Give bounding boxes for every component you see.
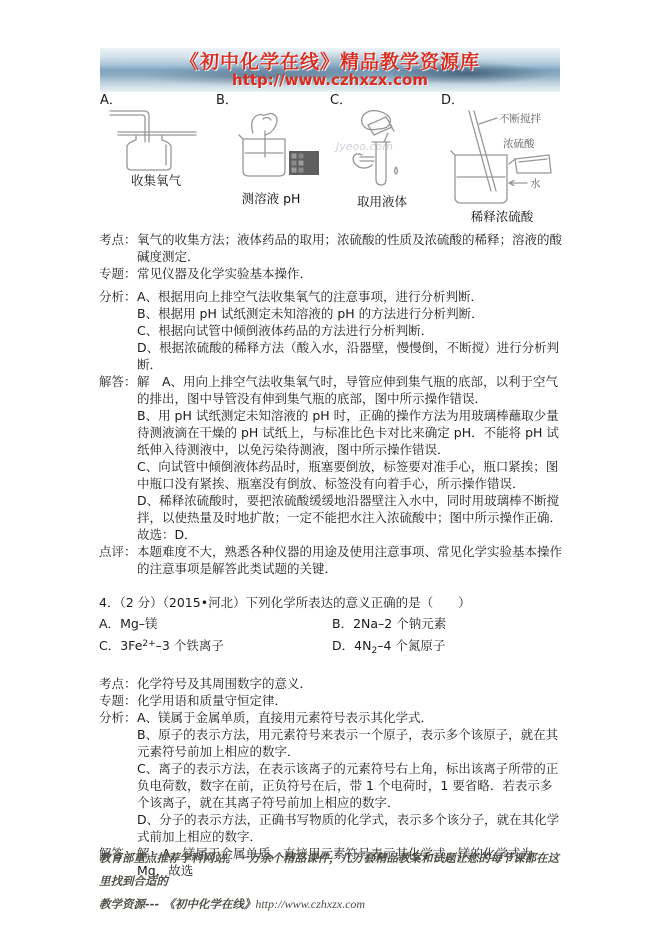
option-d: D． 不断搅拌 浓硫酸 水 稀释浓硫酸 [441, 93, 563, 224]
q4-option-d-label: D． [332, 638, 354, 653]
acid-annotation: 浓硫酸 [503, 137, 535, 150]
q4-option-b-label: B． [332, 616, 353, 631]
option-b-label: B． [216, 93, 326, 108]
option-b-caption: 测溶液 pH [216, 191, 326, 206]
qa2-fenxi-b: B、原子的表示方法，用元素符号来表示一个原子，表示多个该原子，就在其元素符号前加… [137, 726, 562, 760]
qa1-zhuanti-row: 专题： 常见仪器及化学实验基本操作． [99, 265, 562, 282]
q4-option-c: C．3Fe2+–3 个铁离子 [99, 636, 332, 658]
qa2-zhuanti-row: 专题： 化学用语和质量守恒定律． [99, 692, 562, 709]
footer-line2: 教学资源--- 《初中化学在线》 [99, 897, 255, 911]
answer-analysis-content: 考点： 氧气的收集方法；液体药品的取用；浓硫酸的性质及浓硫酸的稀释；溶液的酸碱度… [99, 231, 562, 879]
document-page: 《初中化学在线》精品教学资源库 http://www.czhxzx.com Jy… [0, 0, 661, 935]
qa1-fenxi-a: A、根据用向上排空气法收集氧气的注意事项，进行分析判断． [137, 288, 562, 305]
stir-annotation: 不断搅拌 [499, 112, 541, 125]
q4-option-a-formula: Mg [120, 616, 139, 631]
water-annotation: 水 [530, 177, 541, 190]
fenxi-label: 分析： [99, 709, 137, 726]
q4-option-a: A．Mg–镁 [99, 614, 332, 636]
qa1-zhuanti-text: 常见仪器及化学实验基本操作． [137, 265, 562, 282]
kaodian-label: 考点： [99, 675, 137, 692]
option-c-caption: 取用液体 [330, 194, 434, 209]
qa1-kaodian-text: 氧气的收集方法；液体药品的取用；浓硫酸的性质及浓硫酸的稀释；溶液的酸碱度测定． [137, 231, 562, 265]
q4-option-c-label: C． [99, 638, 120, 653]
zhuanti-label: 专题： [99, 265, 137, 282]
qa2-fenxi-row: 分析： A、镁属于金属单质，直接用元素符号表示其化学式． B、原子的表示方法，用… [99, 709, 562, 845]
qa1-jieda-d: D、稀释浓硫酸时，要把浓硫酸缓缓地沿器壁注入水中，同时用玻璃棒不断搅拌，以使热量… [137, 492, 562, 526]
q4-option-c-text: –3 个铁离子 [156, 638, 224, 653]
qa2-kaodian-text: 化学符号及其周围数字的意义． [137, 675, 562, 692]
dianping-label: 点评： [99, 543, 137, 560]
option-a: A． 收集氧气 [100, 93, 212, 188]
zhuanti-label: 专题： [99, 692, 137, 709]
qa1-fenxi-c: C、根据向试管中倾倒液体药品的方法进行分析判断． [137, 322, 562, 339]
ph-test-icon [216, 109, 326, 191]
question-4-options: A．Mg–镁 B．2Na–2 个钠元素 C．3Fe2+–3 个铁离子 D．4N2… [99, 614, 562, 658]
qa1-fenxi-b: B、根据用 pH 试纸测定未知溶液的 pH 的方法进行分析判断． [137, 305, 562, 322]
page-footer: 教育部重点推荐学科网站。一万余个精品课件，几万套精品教案和试题让您的每节课都在这… [99, 847, 565, 916]
q4-option-d-text: –4 个氮原子 [377, 638, 445, 653]
q4-option-d: D．4N2–4 个氮原子 [332, 636, 562, 658]
qa1-fenxi-d: D、根据浓硫酸的稀释方法（酸入水，沿器壁，慢慢倒，不断搅）进行分析判断． [137, 339, 562, 373]
pour-liquid-icon [330, 109, 434, 194]
qa2-kaodian-row: 考点： 化学符号及其周围数字的意义． [99, 675, 562, 692]
q4-option-c-formula: 3Fe [120, 638, 142, 653]
gas-jar-icon [100, 109, 212, 173]
qa1-fenxi-row: 分析： A、根据用向上排空气法收集氧气的注意事项，进行分析判断． B、根据用 p… [99, 288, 562, 373]
qa1-jieda-c: C、向试管中倾倒液体药品时，瓶塞要倒放，标签要对准手心，瓶口紧挨；图中瓶口没有紧… [137, 458, 562, 492]
fenxi-label: 分析： [99, 288, 137, 305]
qa1-kaodian-row: 考点： 氧气的收集方法；液体药品的取用；浓硫酸的性质及浓硫酸的稀释；溶液的酸碱度… [99, 231, 562, 265]
banner-url[interactable]: http://www.czhxzx.com [232, 72, 428, 88]
question-4: 4．（2 分）（2015•河北）下列化学所表达的意义正确的是（ ） A．Mg–镁… [99, 594, 562, 658]
footer-line1: 教育部重点推荐学科网站。一万余个精品课件，几万套精品教案和试题让您的每节课都在这… [99, 851, 559, 888]
option-b: B． 测溶液 pH [216, 93, 326, 206]
qa1-jieda-b: B、用 pH 试纸测定未知溶液的 pH 时，正确的操作方法为用玻璃棒蘸取少量待测… [137, 407, 562, 458]
option-a-caption: 收集氧气 [100, 173, 212, 188]
qa2-fenxi-d: D、分子的表示方法，正确书写物质的化学式，表示多个该分子，就在其化学式前加上相应… [137, 811, 562, 845]
qa1-answer: 故选：D． [137, 526, 562, 543]
dilute-acid-icon: 不断搅拌 浓硫酸 水 [441, 109, 563, 209]
qa2-zhuanti-text: 化学用语和质量守恒定律． [137, 692, 562, 709]
footer-url[interactable]: http://www.czhxzx.com [255, 897, 365, 911]
qa2-fenxi-a: A、镁属于金属单质，直接用元素符号表示其化学式． [137, 709, 562, 726]
q4-option-b: B．2Na–2 个钠元素 [332, 614, 562, 636]
q4-option-b-formula: 2Na [353, 616, 378, 631]
option-c-label: C． [330, 93, 434, 108]
qa1-dianping-text: 本题难度不大，熟悉各种仪器的用途及使用注意事项、常见化学实验基本操作的注意事项是… [137, 543, 562, 577]
q4-option-b-text: –2 个钠元素 [378, 616, 446, 631]
qa1-jieda-a: 解 A、用向上排空气法收集氧气时，导管应伸到集气瓶的底部，以利于空气的排出，图中… [137, 373, 562, 407]
qa1-dianping-row: 点评： 本题难度不大，熟悉各种仪器的用途及使用注意事项、常见化学实验基本操作的注… [99, 543, 562, 577]
option-d-label: D． [441, 93, 563, 108]
banner-title: 《初中化学在线》精品教学资源库 [180, 52, 480, 73]
kaodian-label: 考点： [99, 231, 137, 248]
q4-option-d-formula: 4N [354, 638, 371, 653]
qa1-jieda-row: 解答： 解 A、用向上排空气法收集氧气时，导管应伸到集气瓶的底部，以利于空气的排… [99, 373, 562, 543]
question-4-stem: 4．（2 分）（2015•河北）下列化学所表达的意义正确的是（ ） [99, 594, 562, 611]
qa2-fenxi-c: C、离子的表示方法，在表示该离子的元素符号右上角，标出该离子所带的正负电荷数，数… [137, 760, 562, 811]
header-banner: 《初中化学在线》精品教学资源库 http://www.czhxzx.com [100, 48, 560, 92]
option-a-label: A． [100, 93, 212, 108]
option-c: C． 取用液体 [330, 93, 434, 209]
q4-option-a-label: A． [99, 616, 120, 631]
option-d-caption: 稀释浓硫酸 [441, 209, 563, 224]
jieda-label: 解答： [99, 373, 137, 390]
q4-option-a-text: –镁 [139, 616, 158, 631]
